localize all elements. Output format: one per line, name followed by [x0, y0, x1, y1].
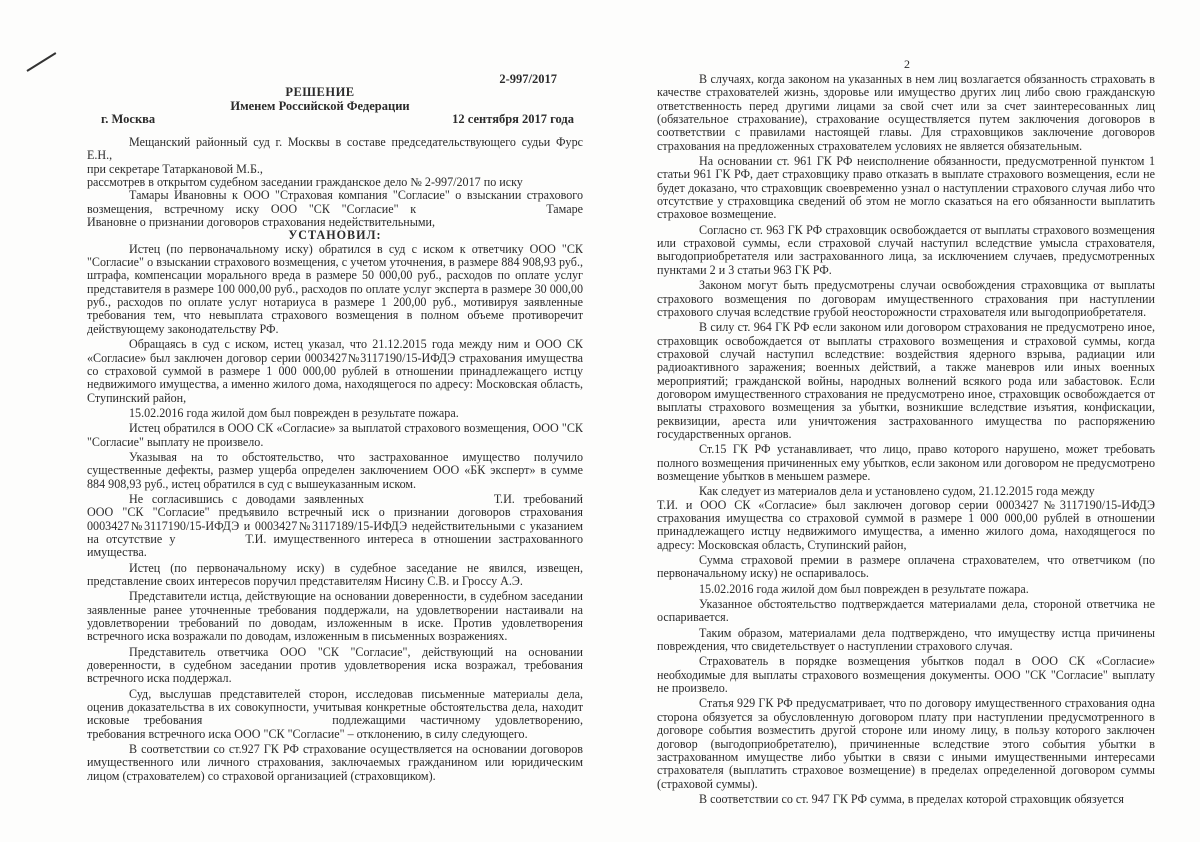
- paragraph: В случаях, когда законом на указанных в …: [657, 73, 1155, 153]
- section-heading: УСТАНОВИЛ:: [87, 229, 583, 242]
- paragraph: 15.02.2016 года жилой дом был поврежден …: [87, 407, 583, 420]
- paragraph: Истец (по первоначальному иску) в судебн…: [87, 562, 583, 589]
- pen-mark: [26, 52, 56, 72]
- intro-court: Мещанский районный суд г. Москвы в соста…: [87, 136, 583, 163]
- paragraph: Обращаясь в суд с иском, истец указал, ч…: [87, 338, 583, 405]
- paragraph: Согласно ст. 963 ГК РФ страховщик освобо…: [657, 224, 1155, 277]
- intro-parties: Тамары Ивановны к ООО "Страховая компани…: [87, 189, 583, 229]
- paragraph: Законом могут быть предусмотрены случаи …: [657, 279, 1155, 319]
- paragraph: В соответствии со ст. 947 ГК РФ сумма, в…: [657, 793, 1155, 806]
- intro-secretary: при секретаре Татаркановой М.Б.,: [87, 163, 583, 176]
- paragraph: В силу ст. 964 ГК РФ если законом или до…: [657, 321, 1155, 441]
- document-title: РЕШЕНИЕ: [0, 85, 600, 100]
- paragraph: Истец (по первоначальному иску) обратилс…: [87, 243, 583, 336]
- paragraph: Статья 929 ГК РФ предусматривает, что по…: [657, 697, 1155, 790]
- page-1-body: Мещанский районный суд г. Москвы в соста…: [87, 136, 583, 783]
- paragraph: Указывая на то обстоятельство, что застр…: [87, 451, 583, 491]
- paragraph-text: Как следует из материалов дела и установ…: [699, 484, 1095, 498]
- paragraph: Представитель ответчика ООО "СК "Согласи…: [87, 646, 583, 686]
- city: г. Москва: [101, 112, 155, 127]
- page-1: 2-997/2017 РЕШЕНИЕ Именем Российской Фед…: [0, 0, 600, 842]
- paragraph: Суд, выслушав представителей сторон, исс…: [87, 688, 583, 741]
- paragraph: Не согласившись с доводами заявленныхТ.И…: [87, 493, 583, 560]
- decision-date: 12 сентября 2017 года: [452, 112, 574, 127]
- paragraph: Ст.15 ГК РФ устанавливает, что лицо, пра…: [657, 443, 1155, 483]
- page-2: 2 В случаях, когда законом на указанных …: [600, 0, 1200, 842]
- paragraph: Страхователь в порядке возмещения убытко…: [657, 655, 1155, 695]
- paragraph-text: Т.И. и ООО СК «Согласие» был заключен до…: [657, 498, 1155, 552]
- paragraph: 15.02.2016 года жилой дом был поврежден …: [657, 583, 1155, 596]
- paragraph: Таким образом, материалами дела подтверж…: [657, 627, 1155, 654]
- paragraph: Указанное обстоятельство подтверждается …: [657, 598, 1155, 625]
- paragraph: Истец обратился в ООО СК «Согласие» за в…: [87, 422, 583, 449]
- paragraph: В соответствии со ст.927 ГК РФ страхован…: [87, 743, 583, 783]
- page-2-body: В случаях, когда законом на указанных в …: [657, 73, 1155, 806]
- paragraph: На основании ст. 961 ГК РФ неисполнение …: [657, 155, 1155, 222]
- page-number: 2: [600, 57, 1200, 72]
- paragraph: Сумма страховой премии в размере оплачен…: [657, 554, 1155, 581]
- paragraph: Представители истца, действующие на осно…: [87, 590, 583, 643]
- intro-case: рассмотрев в открытом судебном заседании…: [87, 176, 583, 189]
- paragraph: Как следует из материалов дела и установ…: [657, 485, 1155, 552]
- paragraph-text: Не согласившись с доводами заявленных: [129, 492, 364, 506]
- intro-parties-text: Тамары Ивановны к ООО "Страховая компани…: [87, 188, 583, 215]
